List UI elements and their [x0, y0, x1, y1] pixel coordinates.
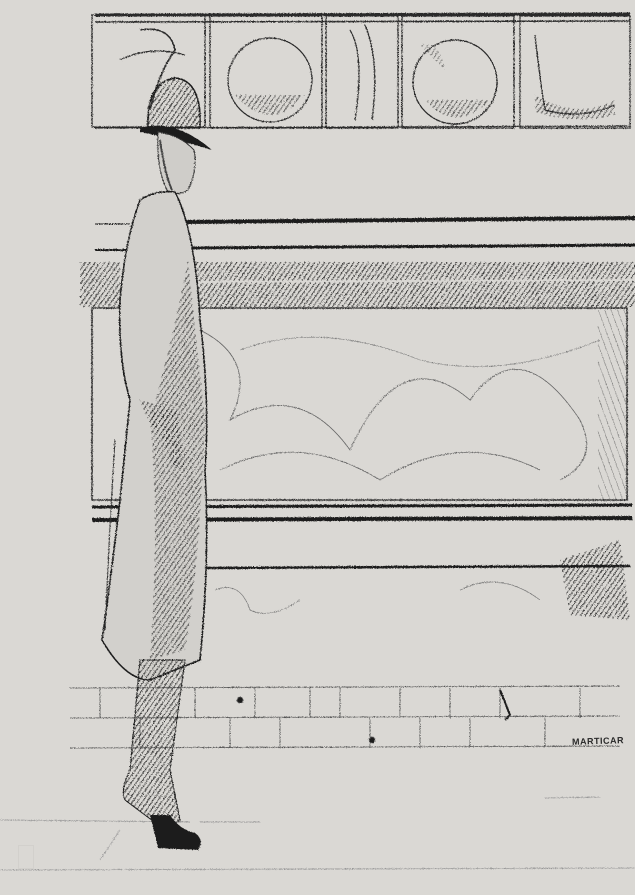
- artwork-canvas: MARTICAR: [0, 0, 635, 895]
- faint-monogram: [18, 845, 34, 869]
- lower-ledge: [195, 540, 630, 620]
- walking-man: [102, 78, 212, 850]
- artist-signature: MARTICAR: [572, 735, 624, 747]
- drawing: [0, 0, 635, 895]
- ground-lines: [0, 797, 635, 870]
